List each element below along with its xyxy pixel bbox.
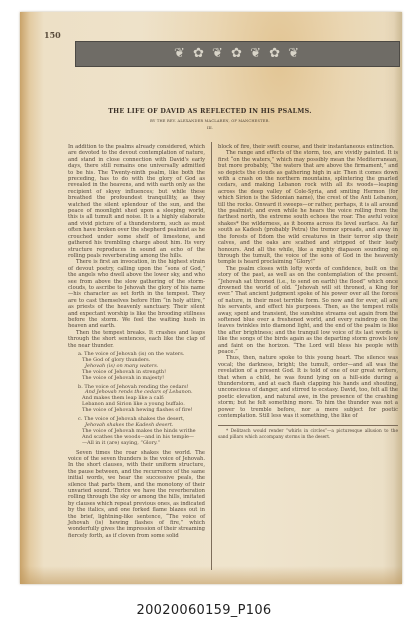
paragraph: Seven times the roar shakes the world. T… [68,450,205,540]
verse-stanza-c: c. The voice of Jehovah shakes the deser… [78,417,205,447]
verse-line: The voice of Jehovah hewing flashes of f… [78,408,205,414]
paragraph: The range and effects of the storm, too,… [218,150,398,265]
floral-ornament-icon: ❦ ✿ ❦ ✿ ❦ ✿ ❦ [174,42,301,66]
page-number: 150 [44,30,61,40]
ornamental-floral-banner: ❦ ✿ ❦ ✿ ❦ ✿ ❦ [75,41,400,67]
paragraph: The psalm closes with lofty words of con… [218,266,398,356]
left-column: In addition to the psalms already consid… [68,144,205,539]
verse-stanza-b: b. The voice of Jehovah rending the ceda… [78,385,205,415]
paragraph: There is first an invocation, in the hig… [68,259,205,329]
paragraph: Then the tempest breaks. It crashes and … [68,330,205,349]
paragraph: Thus, then, nature spoke to this young h… [218,355,398,419]
paragraph: In addition to the psalms already consid… [68,144,205,259]
right-column: block of fire, their swift course, and t… [218,144,398,440]
column-divider [211,142,212,570]
image-caption-id: 20020060159_P106 [0,603,408,618]
footnote-rule [218,425,398,426]
footnote: * Delitzsch would render “whirls in circ… [218,429,398,440]
article-byline: BY THE REV. ALEXANDER MACLAREN, OF MANCH… [60,119,360,123]
section-number: III. [60,125,360,130]
verse-stanza-a: a. The voice of Jehovah (is) on the wate… [78,352,205,382]
article-title: THE LIFE OF DAVID AS REFLECTED IN HIS PS… [60,108,360,115]
verse-line: The voice of Jehovah in majesty! [78,376,205,382]
verse-line: —All in it (are) saying, “Glory.” [78,441,205,447]
